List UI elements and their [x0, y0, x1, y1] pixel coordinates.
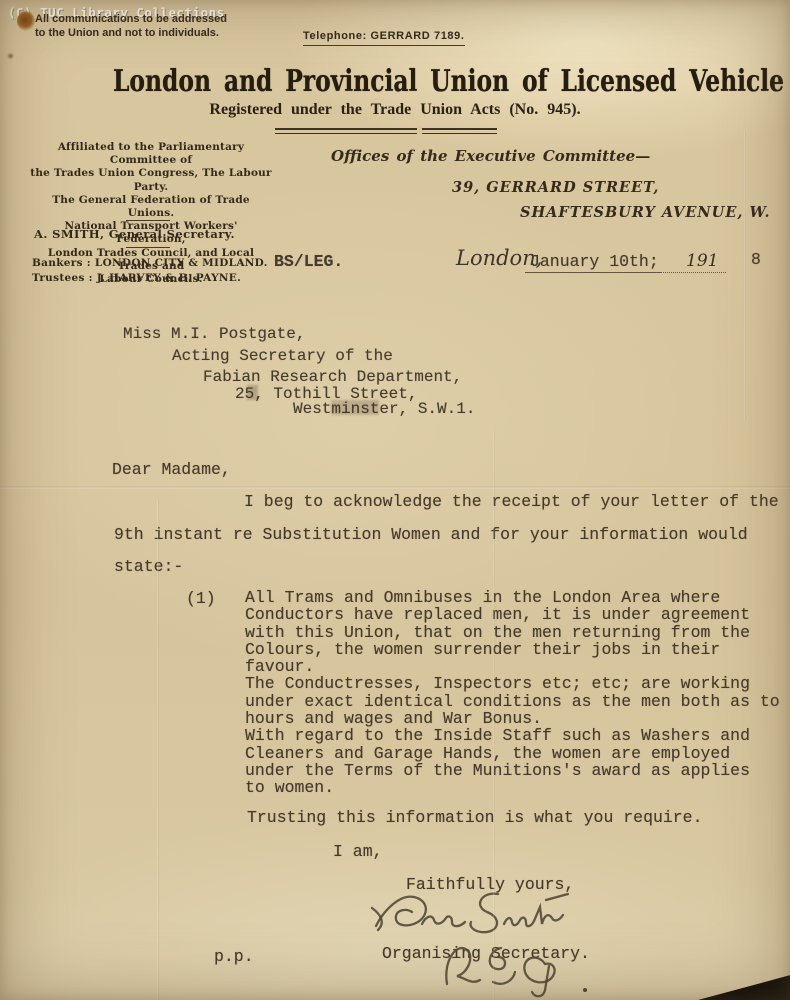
dateline-typed-date: January 10th;	[530, 252, 659, 271]
list-line: The Conductresses, Inspectors etc; etc; …	[245, 675, 780, 692]
body-line: 9th instant re Substitution Women and fo…	[114, 525, 748, 544]
addressee-name: Miss M.I. Postgate,	[123, 325, 305, 343]
affiliation-line: The General Federation of Trade Unions.	[28, 194, 274, 220]
salutation: Dear Madame,	[112, 460, 231, 479]
rule-break	[417, 126, 422, 134]
registered-line: Registered under the Trade Union Acts (N…	[0, 101, 790, 119]
body-line: state:-	[114, 557, 183, 576]
closing-sentence: Trusting this information is what you re…	[247, 808, 702, 827]
dateline-rule	[525, 272, 660, 273]
list-line: to women.	[245, 779, 780, 796]
fold-crease	[0, 486, 790, 489]
paper-crease	[744, 130, 746, 420]
double-rule	[275, 128, 497, 134]
year-printed: 191	[686, 251, 718, 271]
affiliation-line: the Trades Union Congress, The Labour Pa…	[28, 167, 274, 193]
list-line: hours and wages and War Bonus.	[245, 710, 780, 727]
list-line: favour.	[245, 658, 780, 675]
addressee-city: Westminster, S.W.1.	[293, 400, 475, 418]
list-line: Colours, the women surrender their jobs …	[245, 641, 780, 658]
list-item-text: All Trams and Omnibuses in the London Ar…	[245, 589, 780, 797]
notice-line-2: to the Union and not to individuals.	[35, 27, 227, 41]
list-line: All Trams and Omnibuses in the London Ar…	[245, 589, 780, 606]
paper-speck	[7, 52, 14, 60]
dateline-rule-dotted	[660, 272, 726, 273]
offices-street: 39, GERRARD STREET,	[452, 179, 659, 196]
body-line: I beg to acknowledge the receipt of your…	[244, 492, 779, 511]
addressee-org: Fabian Research Department,	[203, 368, 462, 386]
union-title: London and Provincial Union of Licensed …	[113, 64, 790, 99]
list-line: under exact identical conditions as the …	[245, 693, 780, 710]
letter-page: (C) TUC Library Collections All communic…	[0, 0, 790, 1000]
list-line: under the Terms of the Munitions's award…	[245, 762, 780, 779]
bankers-line: Bankers : LONDON CITY & MIDLAND.	[32, 257, 268, 269]
year-typed: 8	[751, 250, 761, 269]
separator-rule	[126, 247, 170, 248]
addressee-title: Acting Secretary of the	[172, 347, 393, 365]
separator-rule	[126, 220, 170, 221]
offices-heading: Offices of the Executive Committee—	[331, 147, 650, 165]
list-line: with this Union, that on the men returni…	[245, 624, 780, 641]
list-line: With regard to the Inside Staff such as …	[245, 727, 780, 744]
backdrop-corner	[698, 973, 790, 1000]
list-line: Conductors have replaced men, it is unde…	[245, 606, 780, 623]
handwritten-initials	[425, 930, 600, 1000]
offices-avenue: SHAFTESBURY AVENUE, W.	[520, 204, 771, 221]
notice-line-1: All communications to be addressed	[35, 13, 227, 27]
reference-code: BS/LEG.	[274, 252, 343, 271]
list-line: Cleaners and Garage Hands, the women are…	[245, 745, 780, 762]
telephone-line: Telephone: GERRARD 7189.	[303, 30, 465, 46]
general-secretary-line: A. SMITH, General Secretary.	[34, 227, 235, 241]
affiliation-line: Affiliated to the Parliamentary Committe…	[28, 141, 274, 167]
trustees-line: Trustees : J. HARVEY & B. PAYNE.	[32, 272, 241, 284]
list-item-number: (1)	[186, 589, 216, 608]
closing-i-am: I am,	[333, 842, 383, 861]
pp-label: p.p.	[214, 947, 254, 966]
communications-notice: All communications to be addressed to th…	[35, 13, 227, 40]
masthead: London and Provincial Union of Licensed …	[0, 64, 790, 99]
